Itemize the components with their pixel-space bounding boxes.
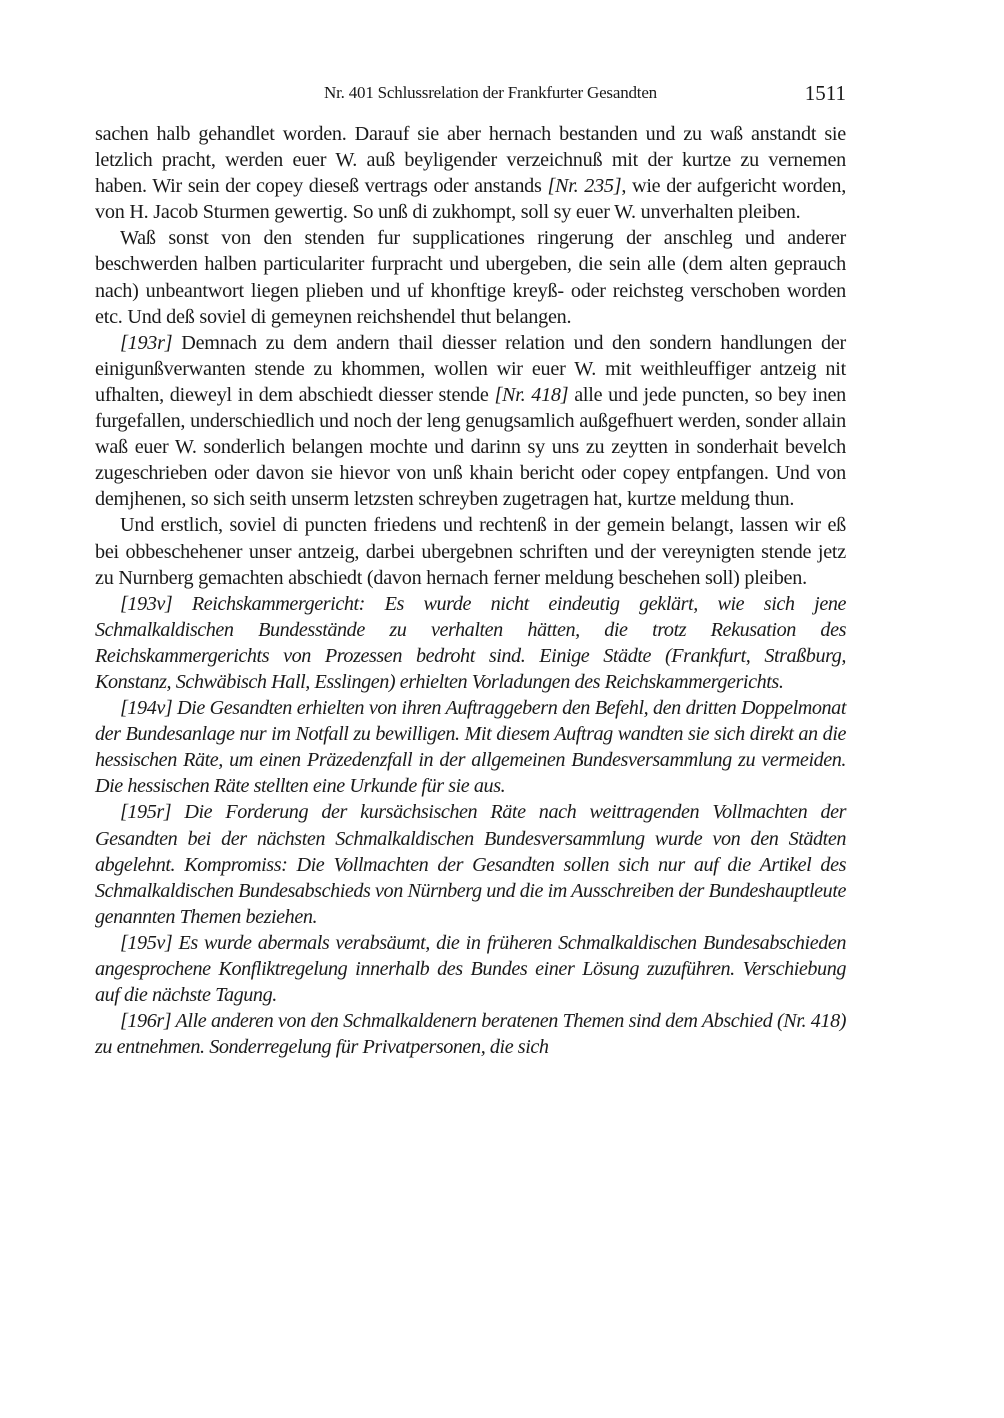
editorial-summary-193v: [193v] Reichskammergericht: Es wurde nic…	[95, 591, 846, 695]
body-text: sachen halb gehandlet worden. Darauf sie…	[95, 121, 846, 1060]
editorial-summary-195r: [195r] Die Forderung der kursächsischen …	[95, 799, 846, 929]
running-head: Nr. 401 Schlussrelation der Frankfurter …	[95, 78, 846, 108]
document-page: Nr. 401 Schlussrelation der Frankfurter …	[95, 78, 846, 1060]
paragraph-2: Waß sonst von den stenden fur supplicati…	[95, 225, 846, 329]
paragraph-4: Und erstlich, soviel di puncten friedens…	[95, 512, 846, 590]
folio-marker: [193r]	[120, 332, 172, 354]
paragraph-3: [193r] Demnach zu dem andern thail diess…	[95, 330, 846, 513]
summary-text: [196r] Alle anderen von den Schmalkalden…	[95, 1010, 846, 1058]
text-segment: Waß sonst von den stenden fur supplicati…	[95, 227, 846, 327]
summary-text: [194v] Die Gesandten erhielten von ihren…	[95, 697, 846, 797]
editorial-summary-195v: [195v] Es wurde abermals verabsäumt, die…	[95, 930, 846, 1008]
editorial-summary-194v: [194v] Die Gesandten erhielten von ihren…	[95, 695, 846, 799]
summary-text: [193v] Reichskammergericht: Es wurde nic…	[95, 593, 846, 693]
document-reference: [Nr. 418]	[494, 384, 568, 406]
summary-text: [195v] Es wurde abermals verabsäumt, die…	[95, 932, 846, 1006]
paragraph-1: sachen halb gehandlet worden. Darauf sie…	[95, 121, 846, 225]
page-number: 1511	[805, 78, 846, 108]
editorial-summary-196r: [196r] Alle anderen von den Schmalkalden…	[95, 1008, 846, 1060]
text-segment: Und erstlich, soviel di puncten friedens…	[95, 514, 846, 588]
running-head-title: Nr. 401 Schlussrelation der Frankfurter …	[95, 78, 846, 108]
document-reference: [Nr. 235]	[547, 175, 621, 197]
summary-text: [195r] Die Forderung der kursächsischen …	[95, 801, 846, 927]
